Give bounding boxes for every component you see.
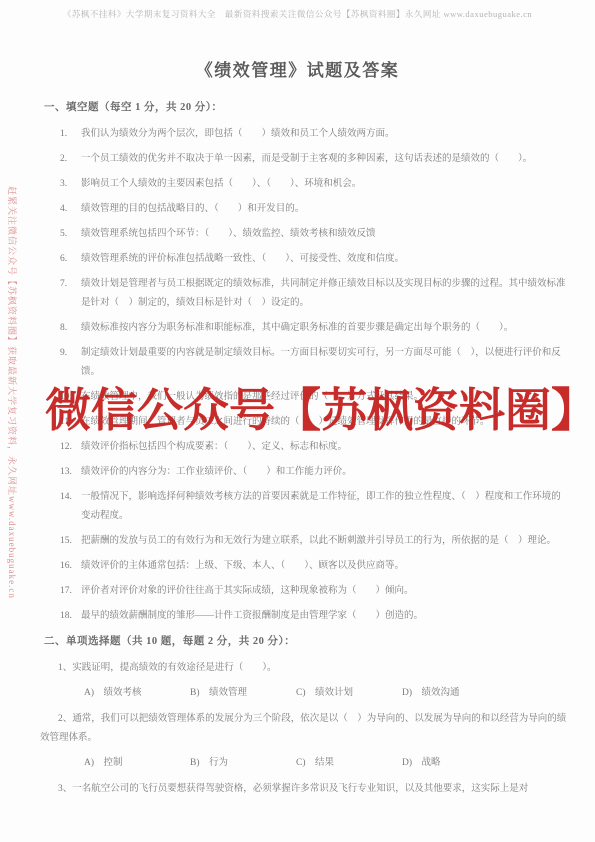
fill-item: 4.绩效管理的目的包括战略目的、（ ）和开发目的。 xyxy=(60,200,569,219)
fill-item: 5.绩效管理系统包括四个环节：（ ）、绩效监控、绩效考核和绩效反馈 xyxy=(60,225,569,244)
fill-item: 11.在绩效管理期间，管理者与员工之间进行的持续的（ ）是绩效管理发挥作用的最直… xyxy=(60,413,569,432)
fill-item-text: 最早的绩效薪酬制度的雏形——计件工资报酬制度是由管理学家（ ）创造的。 xyxy=(81,607,569,626)
fill-item-number: 15. xyxy=(60,532,81,551)
fill-item-text: 绩效管理的目的包括战略目的、（ ）和开发目的。 xyxy=(81,200,569,219)
mc-question-text: 1、实践证明，提高绩效的有效途径是进行（ ）。 xyxy=(40,659,569,678)
fill-item-number: 2. xyxy=(60,150,81,169)
fill-item-number: 10. xyxy=(60,388,81,407)
fill-item-text: 绩效管理系统的评价标准包括战略一致性、（ ）、可接受性、效度和信度。 xyxy=(81,250,569,269)
mc-option: D) 绩效沟通 xyxy=(402,684,508,703)
fill-item-text: 在绩效管理期间，管理者与员工之间进行的持续的（ ）是绩效管理发挥作用的最直接的环… xyxy=(81,413,569,432)
fill-item: 15.把薪酬的发放与员工的有效行为和无效行为建立联系，以此不断刺激并引导员工的行… xyxy=(60,532,569,551)
mc-option: A) 绩效考核 xyxy=(84,684,190,703)
document-body: 一、填空题（每空 1 分，共 20 分）： 1.我们认为绩效分为两个层次，即包括… xyxy=(0,81,595,799)
fill-item-number: 16. xyxy=(60,557,81,576)
fill-item-number: 14. xyxy=(60,488,81,526)
fill-item-text: 绩效评价指标包括四个构成要素：（ ）、定义、标志和标度。 xyxy=(81,438,569,457)
fill-item-number: 13. xyxy=(60,463,81,482)
fill-item-text: 在绩效管理中，我们一般认为绩效指的是那些经过评价的（ ）方式及其结果。 xyxy=(81,388,569,407)
fill-item: 3.影响员工个人绩效的主要因素包括（ ）、（ ）、环境和机会。 xyxy=(60,175,569,194)
fill-item-number: 8. xyxy=(60,319,81,338)
fill-item-text: 绩效计划是管理者与员工根据既定的绩效标准，共同制定并修正绩效目标以及实现目标的步… xyxy=(81,275,569,313)
fill-item-number: 7. xyxy=(60,275,81,313)
fill-item: 1.我们认为绩效分为两个层次，即包括（ ）绩效和员工个人绩效两方面。 xyxy=(60,125,569,144)
fill-in-list: 1.我们认为绩效分为两个层次，即包括（ ）绩效和员工个人绩效两方面。2.一个员工… xyxy=(60,125,569,626)
fill-item-text: 绩效评价的主体通常包括：上级、下级、本人、（ ）、顾客以及供应商等。 xyxy=(81,557,569,576)
fill-item: 8.绩效标准按内容分为职务标准和职能标准，其中确定职务标准的首要步骤是确定出每个… xyxy=(60,319,569,338)
section-2-heading: 二、单项选择题（共 10 题，每题 2 分，共 20 分）： xyxy=(44,632,569,651)
mc-question-text: 3、一名航空公司的飞行员要想获得驾驶资格，必须掌握许多常识及飞行专业知识，以及其… xyxy=(40,780,569,799)
fill-item-text: 绩效管理系统包括四个环节：（ ）、绩效监控、绩效考核和绩效反馈 xyxy=(81,225,569,244)
mc-options-row: A) 绩效考核B) 绩效管理C) 绩效计划D) 绩效沟通 xyxy=(84,684,569,703)
mc-option: C) 结果 xyxy=(296,754,402,773)
mc-option: A) 控制 xyxy=(84,754,190,773)
fill-item-text: 评价者对评价对象的评价往往高于其实际成绩，这种现象被称为（ ）倾向。 xyxy=(81,582,569,601)
fill-item: 16.绩效评价的主体通常包括：上级、下级、本人、（ ）、顾客以及供应商等。 xyxy=(60,557,569,576)
fill-item-text: 我们认为绩效分为两个层次，即包括（ ）绩效和员工个人绩效两方面。 xyxy=(81,125,569,144)
fill-item-text: 制定绩效计划最重要的内容就是制定绩效目标。一方面目标要切实可行，另一方面尽可能（… xyxy=(81,344,569,382)
fill-item-number: 18. xyxy=(60,607,81,626)
mc-question-list: 1、实践证明，提高绩效的有效途径是进行（ ）。A) 绩效考核B) 绩效管理C) … xyxy=(40,659,569,799)
fill-item-text: 一般情况下，影响选择何种绩效考核方法的首要因素就是工作特征，即工作的独立性程度、… xyxy=(81,488,569,526)
fill-item-number: 9. xyxy=(60,344,81,382)
fill-item-text: 绩效评价的内容分为：工作业绩评价、（ ）和工作能力评价。 xyxy=(81,463,569,482)
fill-item-number: 4. xyxy=(60,200,81,219)
fill-item-number: 12. xyxy=(60,438,81,457)
mc-option: B) 绩效管理 xyxy=(190,684,296,703)
fill-item-text: 把薪酬的发放与员工的有效行为和无效行为建立联系，以此不断刺激并引导员工的行为，所… xyxy=(81,532,569,551)
fill-item-number: 3. xyxy=(60,175,81,194)
page-title: 《绩效管理》试题及答案 xyxy=(0,56,595,81)
mc-option: D) 战略 xyxy=(402,754,508,773)
mc-option: C) 绩效计划 xyxy=(296,684,402,703)
document-page: 《苏枫不挂科》大学期末复习资料大全 最新资料搜索关注微信公众号【苏枫资料圈】永久… xyxy=(0,0,595,842)
fill-item: 9.制定绩效计划最重要的内容就是制定绩效目标。一方面目标要切实可行，另一方面尽可… xyxy=(60,344,569,382)
fill-item: 12.绩效评价指标包括四个构成要素：（ ）、定义、标志和标度。 xyxy=(60,438,569,457)
fill-item: 7.绩效计划是管理者与员工根据既定的绩效标准，共同制定并修正绩效目标以及实现目标… xyxy=(60,275,569,313)
fill-item-number: 17. xyxy=(60,582,81,601)
fill-item: 2.一个员工绩效的优劣并不取决于单一因素，而是受制于主客观的多种因素，这句话表述… xyxy=(60,150,569,169)
fill-item: 18.最早的绩效薪酬制度的雏形——计件工资报酬制度是由管理学家（ ）创造的。 xyxy=(60,607,569,626)
fill-item: 10.在绩效管理中，我们一般认为绩效指的是那些经过评价的（ ）方式及其结果。 xyxy=(60,388,569,407)
fill-item-text: 一个员工绩效的优劣并不取决于单一因素，而是受制于主客观的多种因素，这句话表述的是… xyxy=(81,150,569,169)
mc-question-text: 2、通常，我们可以把绩效管理体系的发展分为三个阶段，依次是以（ ）为导向的、以发… xyxy=(40,710,569,748)
fill-item-text: 影响员工个人绩效的主要因素包括（ ）、（ ）、环境和机会。 xyxy=(81,175,569,194)
fill-item: 6.绩效管理系统的评价标准包括战略一致性、（ ）、可接受性、效度和信度。 xyxy=(60,250,569,269)
fill-item: 14.一般情况下，影响选择何种绩效考核方法的首要因素就是工作特征，即工作的独立性… xyxy=(60,488,569,526)
fill-item: 17.评价者对评价对象的评价往往高于其实际成绩，这种现象被称为（ ）倾向。 xyxy=(60,582,569,601)
fill-item-number: 11. xyxy=(60,413,81,432)
fill-item-number: 1. xyxy=(60,125,81,144)
header-note: 《苏枫不挂科》大学期末复习资料大全 最新资料搜索关注微信公众号【苏枫资料圈】永久… xyxy=(0,0,595,20)
fill-item-text: 绩效标准按内容分为职务标准和职能标准，其中确定职务标准的首要步骤是确定出每个职务… xyxy=(81,319,569,338)
section-1-heading: 一、填空题（每空 1 分，共 20 分）： xyxy=(44,98,569,117)
mc-option: B) 行为 xyxy=(190,754,296,773)
fill-item-number: 5. xyxy=(60,225,81,244)
fill-item-number: 6. xyxy=(60,250,81,269)
mc-options-row: A) 控制B) 行为C) 结果D) 战略 xyxy=(84,754,569,773)
fill-item: 13.绩效评价的内容分为：工作业绩评价、（ ）和工作能力评价。 xyxy=(60,463,569,482)
